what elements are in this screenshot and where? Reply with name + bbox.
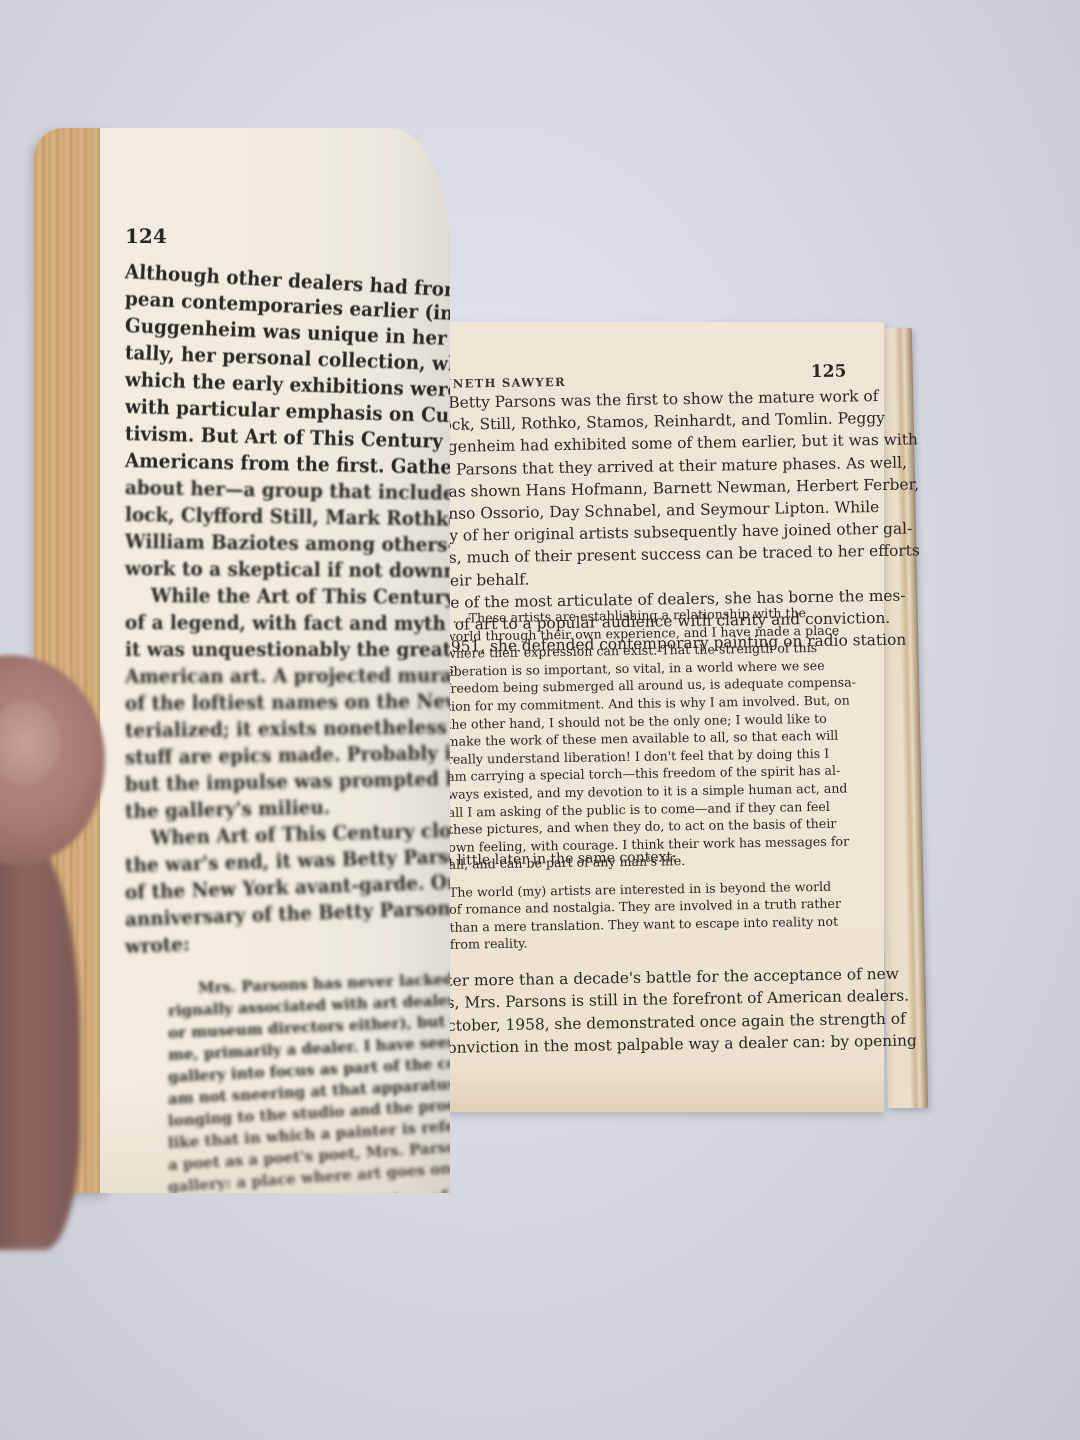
page-number-left: 124	[125, 224, 167, 248]
right-page: NNETH SAWYER 125 t Betty Parsons was the…	[432, 322, 884, 1112]
quote-line: like that in which a painter is refer	[167, 1114, 450, 1154]
running-head: NNETH SAWYER	[441, 375, 566, 391]
quote-line: longing to the studio and the prod	[167, 1093, 450, 1132]
left-body-text: Although other dealers had from time to …	[125, 258, 450, 960]
block-quote-1: . . . These artists are establishing a r…	[445, 604, 821, 874]
right-page-block: NNETH SAWYER 125 t Betty Parsons was the…	[432, 322, 922, 1117]
quote-line: a poet as a poet's poet, Mrs. Parso	[167, 1135, 450, 1176]
text-line: work to a skeptical if not downright ho	[125, 555, 450, 585]
right-page-text: NNETH SAWYER 125 t Betty Parsons was the…	[432, 315, 872, 322]
photo-scene: NNETH SAWYER 125 t Betty Parsons was the…	[0, 0, 1080, 1440]
block-quote-2: The world (my) artists are interested in…	[449, 878, 842, 954]
quote-line: am not sneering at that apparatus)	[167, 1072, 450, 1110]
left-page: 124 Although other dealers had from time…	[100, 128, 450, 1193]
right-tail-text: ter more than a decade's battle for the …	[446, 962, 917, 1059]
text-line: American art. A projected mural, the jo	[125, 661, 450, 690]
text-line: While the Art of This Century Galle	[125, 582, 450, 611]
quote-line: gallery: a place where art goes on a	[167, 1156, 450, 1193]
page-number-right: 125	[811, 361, 847, 382]
left-page-text: 124 Although other dealers had from time…	[100, 128, 378, 1193]
text-line: it was unquestionably the great incub	[125, 636, 450, 663]
left-block-quote: Mrs. Parsons has never lacked ta rignall…	[168, 978, 450, 1193]
left-last-line: It was by a rare combination of p	[151, 1186, 450, 1193]
text-line: of a legend, with fact and myth by now	[125, 609, 450, 638]
text-line: of the loftiest names on the New York	[125, 687, 450, 717]
